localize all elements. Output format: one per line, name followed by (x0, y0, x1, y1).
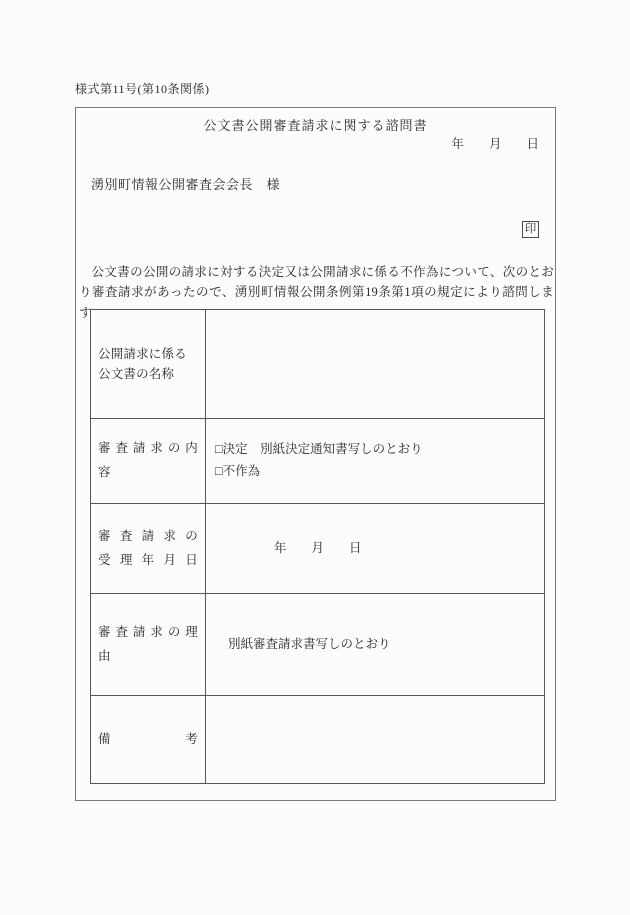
checkbox-inaction-icon: □ (215, 464, 223, 478)
label-cell-receipt-date: 審 査 請 求 の 受 理 年 月 日 (91, 504, 206, 594)
option-label-inaction: 不作為 (223, 464, 261, 478)
scanned-form-page: 様式第11号(第10条関係) 公文書公開審査請求に関する諮問書 年 月 日 湧別… (0, 0, 630, 915)
option-label-decision: 決定 別紙決定通知書写しのとおり (223, 442, 423, 456)
label-text: 審 査 請 求 の 理 由 (98, 621, 198, 669)
label-text: 公開請求に係る公文書の名称 (98, 344, 198, 384)
label-text: 備 考 (98, 728, 198, 752)
label-text: 審 査 請 求 の 内 容 (98, 437, 198, 485)
value-cell-receipt-date: 年 月 日 (206, 504, 545, 594)
label-cell-document-name: 公開請求に係る公文書の名称 (91, 310, 206, 419)
label-cell-request-reason: 審 査 請 求 の 理 由 (91, 594, 206, 696)
option-line-inaction: □不作為 (215, 461, 544, 483)
receipt-date-placeholder: 年 月 日 (274, 538, 544, 560)
addressee-line: 湧別町情報公開審査会会長 様 (91, 174, 280, 193)
table-row-request-content: 審 査 請 求 の 内 容 □決定 別紙決定通知書写しのとおり □不作為 (91, 419, 545, 504)
table-row-request-reason: 審 査 請 求 の 理 由 別紙審査請求書写しのとおり (91, 594, 545, 696)
label-cell-request-content: 審 査 請 求 の 内 容 (91, 419, 206, 504)
checkbox-decision-icon: □ (215, 442, 223, 456)
label-text-line1: 審 査 請 求 の (98, 525, 198, 549)
request-details-table: 公開請求に係る公文書の名称 審 査 請 求 の 内 容 □決定 別紙決定通知書写… (90, 309, 545, 784)
document-border-box: 公文書公開審査請求に関する諮問書 年 月 日 湧別町情報公開審査会会長 様 印 … (75, 107, 556, 801)
value-cell-request-reason: 別紙審査請求書写しのとおり (206, 594, 545, 696)
table-row-remarks: 備 考 (91, 696, 545, 784)
table-row-receipt-date: 審 査 請 求 の 受 理 年 月 日 年 月 日 (91, 504, 545, 594)
label-cell-remarks: 備 考 (91, 696, 206, 784)
option-line-decision: □決定 別紙決定通知書写しのとおり (215, 439, 544, 461)
form-number-label: 様式第11号(第10条関係) (75, 80, 210, 97)
value-cell-document-name (206, 310, 545, 419)
value-cell-remarks (206, 696, 545, 784)
label-text-line2: 受 理 年 月 日 (98, 549, 198, 573)
date-line: 年 月 日 (451, 134, 539, 152)
value-cell-request-content: □決定 別紙決定通知書写しのとおり □不作為 (206, 419, 545, 504)
seal-stamp-mark: 印 (522, 221, 539, 238)
document-title: 公文書公開審査請求に関する諮問書 (76, 115, 555, 134)
reason-text: 別紙審査請求書写しのとおり (228, 634, 544, 656)
table-row-document-name: 公開請求に係る公文書の名称 (91, 310, 545, 419)
